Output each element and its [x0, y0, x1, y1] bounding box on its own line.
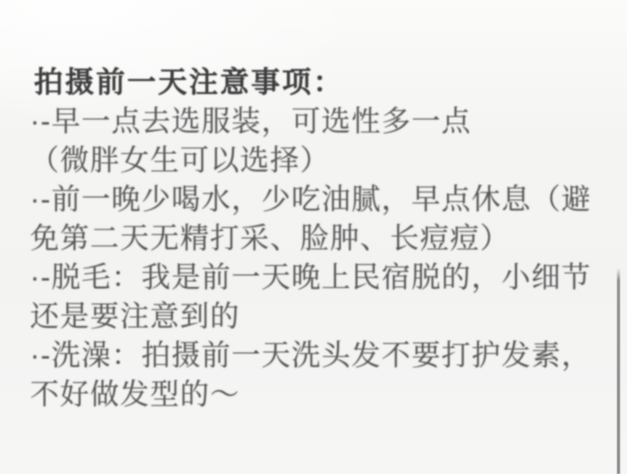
note-line: ·-洗澡：拍摄前一天洗头发不要打护发素，: [30, 337, 603, 376]
note-line: ·-前一晚少喝水，少吃油腻，早点休息（避: [30, 181, 603, 220]
note-line: ·-早一点去选服装，可选性多一点: [30, 103, 603, 142]
note-title: 拍摄前一天注意事项：: [34, 64, 603, 103]
note-line: 免第二天无精打采、脸肿、长痘痘）: [30, 220, 603, 259]
note-line: 不好做发型的～: [30, 376, 603, 415]
note-line: （微胖女生可以选择）: [30, 142, 603, 181]
note-photo: 拍摄前一天注意事项： ·-早一点去选服装，可选性多一点 （微胖女生可以选择） ·…: [0, 0, 627, 474]
note-text-block: 拍摄前一天注意事项： ·-早一点去选服装，可选性多一点 （微胖女生可以选择） ·…: [30, 64, 603, 415]
note-line: ·-脱毛：我是前一天晚上民宿脱的，小细节: [30, 259, 603, 298]
vertical-divider: [617, 268, 620, 474]
note-line: 还是要注意到的: [30, 298, 603, 337]
